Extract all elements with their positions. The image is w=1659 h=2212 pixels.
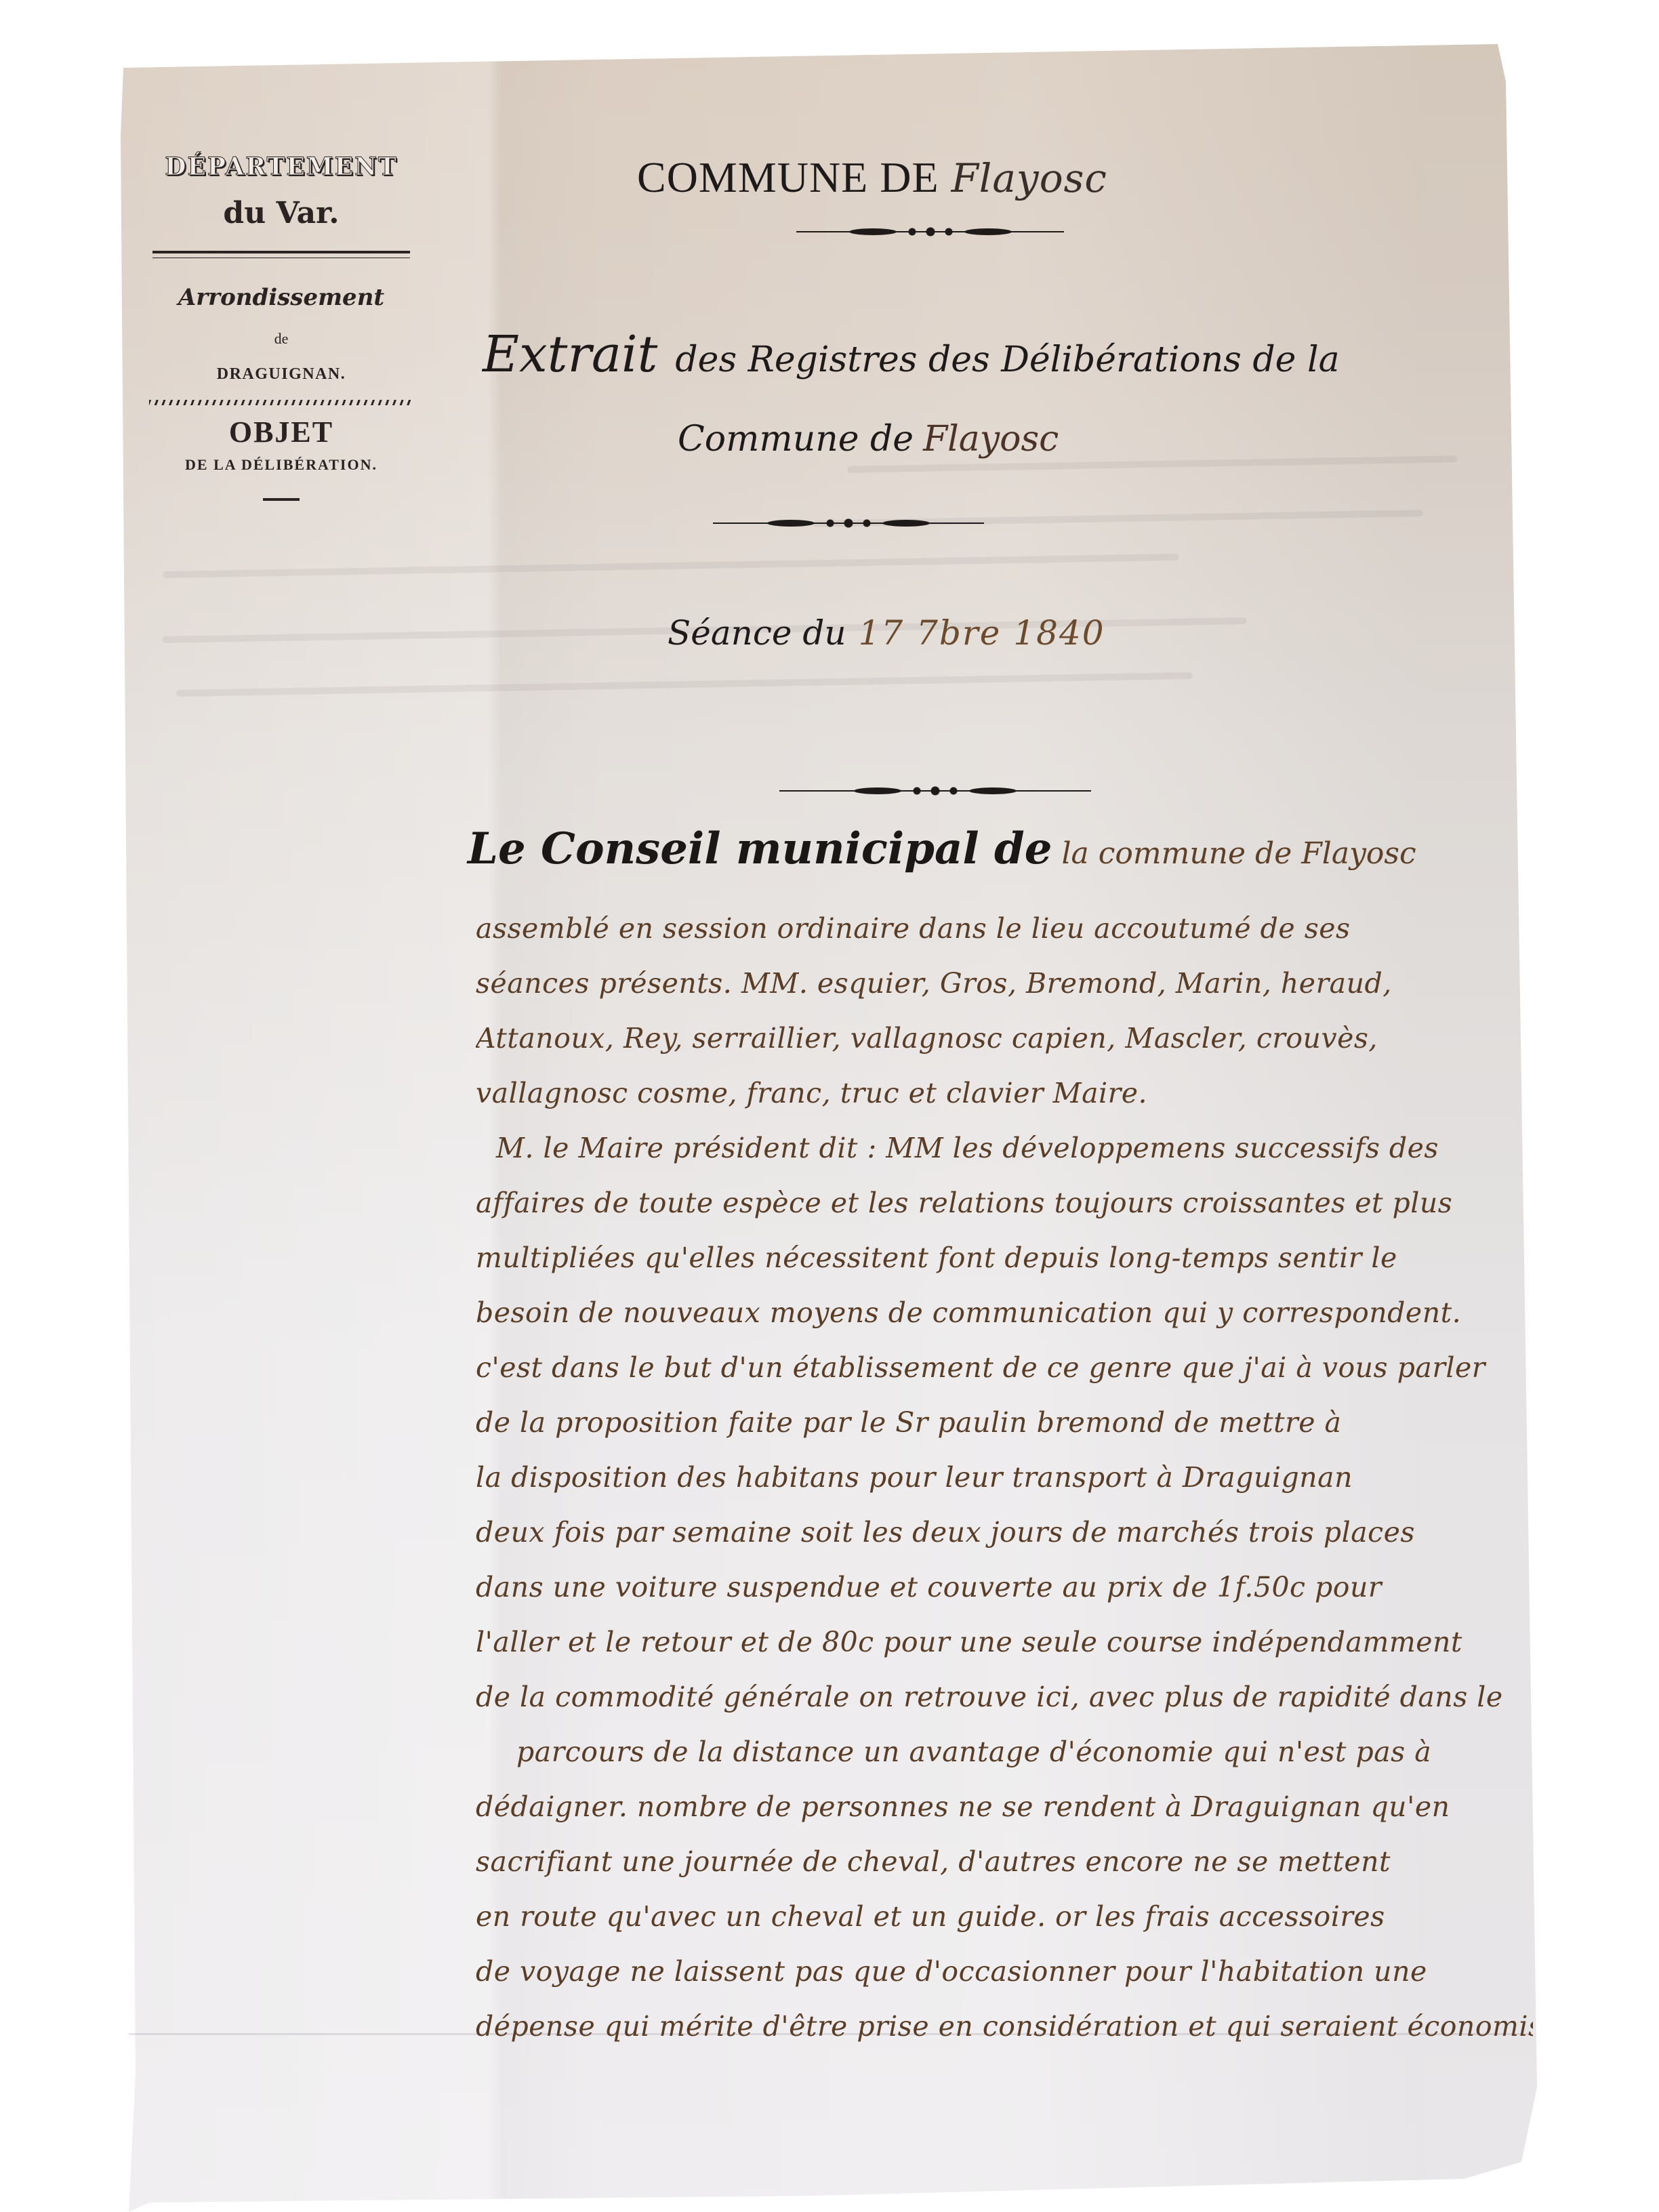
ornament-divider [796,227,1064,237]
opening-handwritten: la commune de Flayosc [1061,836,1416,871]
department-label: DÉPARTEMENT [149,152,413,181]
handwritten-line: affaires de toute espèce et les relation… [476,1176,1533,1231]
handwritten-line: de la proposition faite par le Sr paulin… [476,1395,1533,1450]
department-header: DÉPARTEMENT du Var. Arrondissement de DR… [149,152,413,501]
handwritten-line: l'aller et le retour et de 80c pour une … [476,1615,1533,1670]
arrondissement-label: Arrondissement [149,284,413,311]
handwritten-line: Attanoux, Rey, serraillier, vallagnosc c… [476,1011,1533,1066]
commune-line-name-handwritten: Flayosc [923,419,1059,459]
handwritten-line: M. le Maire président dit : MM les dével… [476,1121,1533,1176]
extrait-word: Extrait [483,325,657,384]
handwritten-line: besoin de nouveaux moyens de communicati… [476,1286,1533,1340]
handwritten-line: en route qu'avec un cheval et un guide. … [476,1889,1533,1944]
commune-line: Commune deFlayosc [678,419,1059,459]
handwritten-line: multipliées qu'elles nécessitent font de… [476,1231,1533,1286]
seance-line: Séance du17 7bre 1840 [668,613,1105,653]
objet-label: OBJET [149,415,413,449]
commune-line-label: Commune de [678,419,914,459]
handwritten-line: dédaigner. nombre de personnes ne se ren… [476,1780,1533,1835]
handwritten-line: c'est dans le but d'un établissement de … [476,1340,1533,1395]
commune-name-handwritten: Flayosc [951,155,1107,201]
extrait-title: Extraitdes Registres des Délibérations d… [483,325,1340,384]
objet-subtitle: DE LA DÉLIBÉRATION. [149,456,413,474]
handwritten-line: deux fois par semaine soit les deux jour… [476,1505,1533,1560]
opening-line: Le Conseil municipal dela commune de Fla… [468,823,1416,874]
handwritten-line: dépense qui mérite d'être prise en consi… [476,1999,1533,2054]
department-name: du Var. [149,196,413,230]
short-dash-divider [263,498,300,501]
arrondissement-name: DRAGUIGNAN. [149,365,413,384]
wavy-rule-divider [149,400,413,405]
handwritten-line: dans une voiture suspendue et couverte a… [476,1560,1533,1615]
seance-label: Séance du [668,613,846,653]
seance-date-handwritten: 17 7bre 1840 [859,613,1105,653]
ornament-divider [779,786,1091,796]
handwritten-line: de la commodité générale on retrouve ici… [476,1670,1533,1725]
handwritten-line: vallagnosc cosme, franc, truc et clavier… [476,1066,1533,1121]
double-rule-divider [152,251,410,258]
handwritten-line: séances présents. MM. esquier, Gros, Bre… [476,956,1533,1011]
handwritten-line: de voyage ne laissent pas que d'occasion… [476,1944,1533,1999]
handwritten-line: sacrifiant une journée de cheval, d'autr… [476,1835,1533,1889]
handwritten-line: assemblé en session ordinaire dans le li… [476,901,1533,956]
commune-title: COMMUNE DEFlayosc [637,152,1107,203]
handwritten-body: assemblé en session ordinaire dans le li… [476,901,1533,2054]
extrait-rest: des Registres des Délibérations de la [675,340,1339,380]
opening-printed: Le Conseil municipal de [468,823,1052,874]
handwritten-line: la disposition des habitans pour leur tr… [476,1450,1533,1505]
ornament-divider [713,518,984,528]
commune-label: COMMUNE DE [637,153,939,201]
handwritten-line: parcours de la distance un avantage d'éc… [476,1725,1533,1780]
arrondissement-de: de [149,330,413,348]
